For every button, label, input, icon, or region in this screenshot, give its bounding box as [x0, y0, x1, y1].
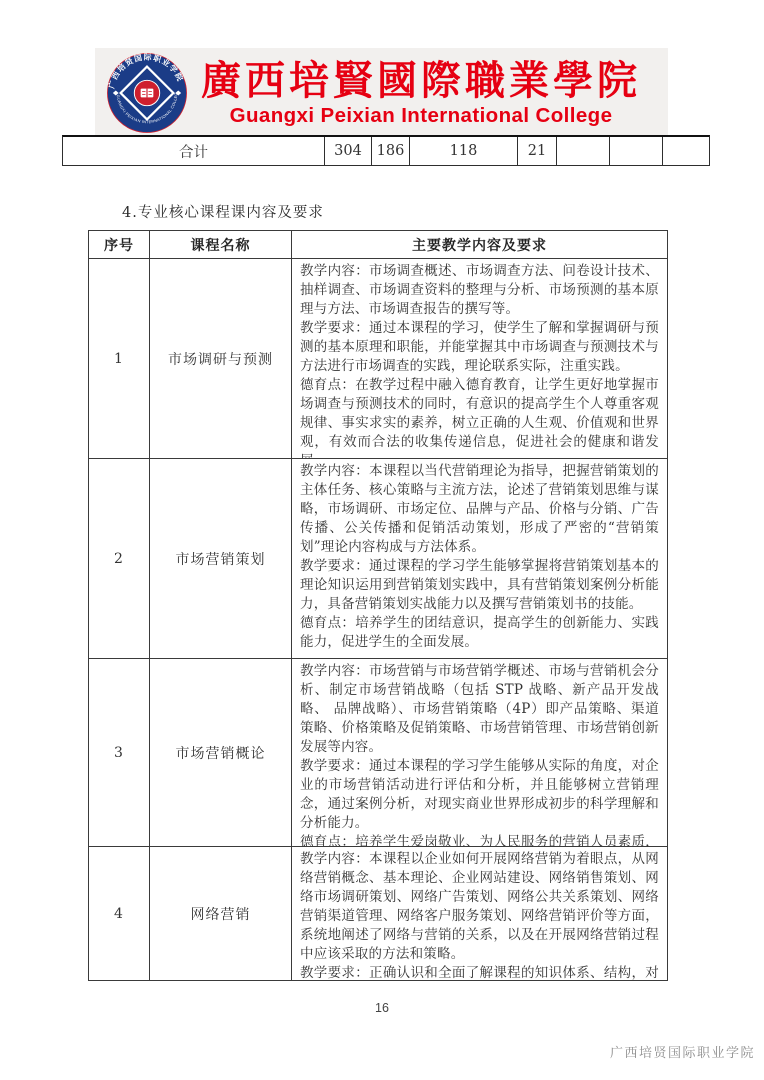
paragraph-teaching-requirements: 教学要求：通过本课程的学习学生能够从实际的角度，对企业的市场营销活动进行评估和分… — [300, 757, 659, 833]
paragraph-moral-education: 德育点：在教学过程中融入德育教育，让学生更好地掌握市场调查与预测技术的同时，有意… — [300, 376, 659, 458]
course-no: 1 — [114, 351, 124, 367]
summary-empty-cell — [557, 137, 610, 165]
course-table: 序号 课程名称 主要教学内容及要求 1 市场调研与预测 教学内容：市场调查概述、… — [88, 230, 668, 981]
course-no: 2 — [114, 551, 124, 567]
summary-label-cell: 合计 — [63, 137, 325, 165]
header-course-name: 课程名称 — [150, 231, 292, 258]
table-row-4: 4 网络营销 教学内容：本课程以企业如何开展网络营销为着眼点，从网络营销概念、基… — [89, 847, 667, 980]
course-content: 教学内容：本课程以当代营销理论为指导，把握营销策划的主体任务、核心策略与主流方法… — [292, 459, 667, 658]
summary-value-cell: 21 — [518, 137, 557, 165]
course-name: 市场营销策划 — [176, 549, 266, 569]
course-content: 教学内容：市场调查概述、市场调查方法、问卷设计技术、抽样调查、市场调查资料的整理… — [292, 259, 667, 458]
paragraph-teaching-content: 教学内容：市场调查概述、市场调查方法、问卷设计技术、抽样调查、市场调查资料的整理… — [300, 262, 659, 319]
header-content: 主要教学内容及要求 — [292, 231, 667, 258]
college-name-en: Guangxi Peixian International College — [188, 104, 654, 128]
page-number: 16 — [0, 1001, 764, 1015]
header-no: 序号 — [89, 231, 150, 258]
course-name: 市场调研与预测 — [168, 349, 273, 369]
letterhead-titles: 廣西培賢國際職業學院 Guangxi Peixian International… — [188, 58, 668, 128]
paragraph-teaching-content: 教学内容：市场营销与市场营销学概述、市场与营销机会分析、制定市场营销战略（包括 … — [300, 662, 659, 757]
course-content: 教学内容：本课程以企业如何开展网络营销为着眼点，从网络营销概念、基本理论、企业网… — [292, 847, 667, 980]
college-logo-icon: 广西培贤国际职业学院 GUANGXI PEIXIAN INTERNATIONAL… — [106, 52, 188, 134]
summary-empty-cell — [610, 137, 663, 165]
summary-value-cell: 118 — [410, 137, 518, 165]
summary-value-cell: 304 — [325, 137, 372, 165]
paragraph-teaching-requirements: 教学要求：通过课程的学习学生能够掌握将营销策划基本的理论知识运用到营销策划实践中… — [300, 557, 659, 614]
letterhead: 广西培贤国际职业学院 GUANGXI PEIXIAN INTERNATIONAL… — [95, 48, 668, 137]
paragraph-teaching-requirements: 教学要求：通过本课程的学习，使学生了解和掌握调研与预测的基本原理和职能，并能掌握… — [300, 319, 659, 376]
college-name-zh: 廣西培賢國際職業學院 — [188, 58, 654, 104]
course-content: 教学内容：市场营销与市场营销学概述、市场与营销机会分析、制定市场营销战略（包括 … — [292, 659, 667, 846]
paragraph-teaching-content: 教学内容：本课程以当代营销理论为指导，把握营销策划的主体任务、核心策略与主流方法… — [300, 462, 659, 557]
section-title: 4.专业核心课程课内容及要求 — [122, 201, 324, 222]
course-no: 3 — [114, 745, 124, 761]
paragraph-teaching-requirements: 教学要求：正确认识和全面了解课程的知识体系、结构，对网络 — [300, 964, 659, 980]
course-name: 市场营销概论 — [176, 743, 266, 763]
table-row-2: 2 市场营销策划 教学内容：本课程以当代营销理论为指导，把握营销策划的主体任务、… — [89, 459, 667, 659]
course-no: 4 — [114, 906, 124, 922]
paragraph-moral-education: 德育点：培养学生爱岗敬业、为人民服务的营销人员素质，引导学生树立诚信、负责、公平… — [300, 833, 659, 846]
summary-total-row: 合计 304 186 118 21 — [62, 135, 710, 166]
table-row-3: 3 市场营销概论 教学内容：市场营销与市场营销学概述、市场与营销机会分析、制定市… — [89, 659, 667, 847]
course-name: 网络营销 — [191, 904, 251, 924]
summary-value-cell: 186 — [372, 137, 410, 165]
paragraph-teaching-content: 教学内容：本课程以企业如何开展网络营销为着眼点，从网络营销概念、基本理论、企业网… — [300, 850, 659, 964]
summary-empty-cell — [663, 137, 709, 165]
book-icon — [141, 88, 154, 97]
table-row-1: 1 市场调研与预测 教学内容：市场调查概述、市场调查方法、问卷设计技术、抽样调查… — [89, 259, 667, 459]
paragraph-moral-education: 德育点：培养学生的团结意识，提高学生的创新能力、实践能力，促进学生的全面发展。 — [300, 614, 659, 652]
table-header-row: 序号 课程名称 主要教学内容及要求 — [89, 231, 667, 259]
footer-watermark: 广西培贤国际职业学院 — [610, 1042, 755, 1061]
